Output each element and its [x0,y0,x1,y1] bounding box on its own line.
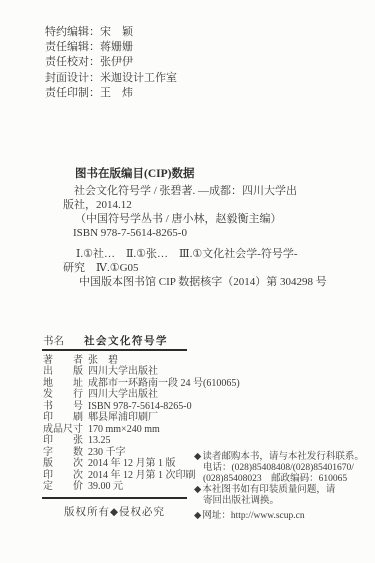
book-copyright-page: 特约编辑：宋 颖 责任编辑：蒋姗姗 责任校对：张伊伊 封面设计：米迦设计工作室 … [0,0,375,563]
note-line: ◆网址：http://www.scup.cn [194,511,374,522]
staff-role: 责任校对： [45,56,100,68]
note-line: ◆本社图书如有印装质量问题，请 [194,485,374,496]
staff-credit-line: 责任校对：张伊伊 [45,55,177,70]
diamond-bullet-icon: ◆ [194,452,201,462]
detail-value: 230 千字 [88,447,126,458]
divider-line [42,497,187,499]
detail-value: 郫县犀浦印刷厂 [88,412,158,423]
detail-value: 170 mm×240 mm [88,424,160,435]
book-title-label: 书名 [43,336,64,347]
detail-label: 印 次 [43,470,88,481]
staff-credit-line: 特约编辑：宋 颖 [45,25,177,40]
detail-label: 出 版 [43,366,88,377]
book-title-value: 社会文化符号学 [84,336,168,347]
note-text: 本社图书如有印装质量问题，请 [202,485,335,495]
detail-row: 发 行四川大学出版社 [43,389,240,400]
staff-role: 责任编辑： [45,41,100,53]
detail-label: 成品尺寸 [43,424,88,435]
note-text: 读者邮购本书，请与本社发行科联系。 [202,452,364,462]
note-line: 电话：(028)85408408/(028)85401670/ [194,463,374,474]
note-line: (028)85408023 邮政编码：610065 [194,474,374,485]
cip-series-line: （中国符号学丛书 / 唐小林，赵毅衡主编） [63,212,327,226]
detail-row: 印 张13.25 [43,435,240,446]
detail-label: 印 刷 [43,412,88,423]
detail-value: ISBN 978-7-5614-8265-0 [88,401,192,412]
detail-label: 定 价 [43,481,88,492]
cip-classification-line: Ⅰ.①社… Ⅱ.①张… Ⅲ.①文化社会学-符号学- [63,247,327,261]
note-text: 网址：http://www.scup.cn [202,511,304,521]
detail-label: 著 者 [43,355,88,366]
detail-row: 成品尺寸170 mm×240 mm [43,424,240,435]
staff-role: 责任印制： [45,87,100,99]
diamond-bullet-icon: ◆ [194,485,201,495]
detail-label: 地 址 [43,378,88,389]
cip-description-line: 社会文化符号学 / 张碧著. —成都：四川大学出 [63,184,327,198]
staff-role: 封面设计： [45,72,100,84]
detail-label: 字 数 [43,447,88,458]
detail-row: 印 刷郫县犀浦印刷厂 [43,412,240,423]
detail-label: 印 张 [43,435,88,446]
staff-credits-block: 特约编辑：宋 颖 责任编辑：蒋姗姗 责任校对：张伊伊 封面设计：米迦设计工作室 … [45,25,177,101]
staff-name: 蒋姗姗 [100,41,133,53]
note-line: ◆读者邮购本书，请与本社发行科联系。 [194,452,374,463]
cip-classification-line: 研究 Ⅳ.①G05 [63,261,327,275]
note-line: 寄回出版社调换。 [194,496,374,507]
website-note: ◆网址：http://www.scup.cn [194,511,374,522]
divider-line [42,349,187,351]
cip-data-block: 社会文化符号学 / 张碧著. —成都：四川大学出 版社，2014.12 （中国符… [63,184,327,289]
detail-row: 出 版四川大学出版社 [43,366,240,377]
detail-label: 版 次 [43,458,88,469]
detail-label: 书 号 [43,401,88,412]
detail-value: 2014 年 12 月第 1 次印刷 [88,470,196,481]
cip-isbn-line: ISBN 978-7-5614-8265-0 [63,226,327,240]
detail-row: 地 址成都市一环路南一段 24 号(610065) [43,378,240,389]
staff-name: 宋 颖 [100,26,133,38]
quality-exchange-note: ◆本社图书如有印装质量问题，请 寄回出版社调换。 [194,485,374,507]
detail-row: 书 号ISBN 978-7-5614-8265-0 [43,401,240,412]
copyright-notice: 版权所有◆侵权必究 [42,504,187,519]
mail-order-note: ◆读者邮购本书，请与本社发行科联系。 电话：(028)85408408/(028… [194,452,374,485]
staff-name: 王 炜 [100,87,133,99]
detail-label: 发 行 [43,389,88,400]
detail-value: 39.00 元 [88,481,123,492]
book-title-row: 书名社会文化符号学 [43,333,168,348]
cip-record-number-line: 中国版本图书馆 CIP 数据核字（2014）第 304298 号 [63,275,327,289]
diamond-bullet-icon: ◆ [194,511,201,521]
staff-role: 特约编辑： [45,26,100,38]
detail-value: 13.25 [88,435,111,446]
staff-name: 张伊伊 [100,56,133,68]
staff-credit-line: 责任编辑：蒋姗姗 [45,40,177,55]
staff-name: 米迦设计工作室 [100,72,177,84]
staff-credit-line: 责任印制：王 炜 [45,86,177,101]
cip-description-line: 版社，2014.12 [63,198,327,212]
detail-row: 著 者张 碧 [43,355,240,366]
detail-value: 成都市一环路南一段 24 号(610065) [88,378,240,389]
cip-heading: 图书在版编目(CIP)数据 [75,165,194,181]
detail-value: 张 碧 [88,355,118,366]
publisher-notes: ◆读者邮购本书，请与本社发行科联系。 电话：(028)85408408/(028… [194,452,374,521]
detail-value: 四川大学出版社 [88,389,158,400]
detail-value: 四川大学出版社 [88,366,158,377]
staff-credit-line: 封面设计：米迦设计工作室 [45,71,177,86]
detail-value: 2014 年 12 月第 1 版 [88,458,176,469]
